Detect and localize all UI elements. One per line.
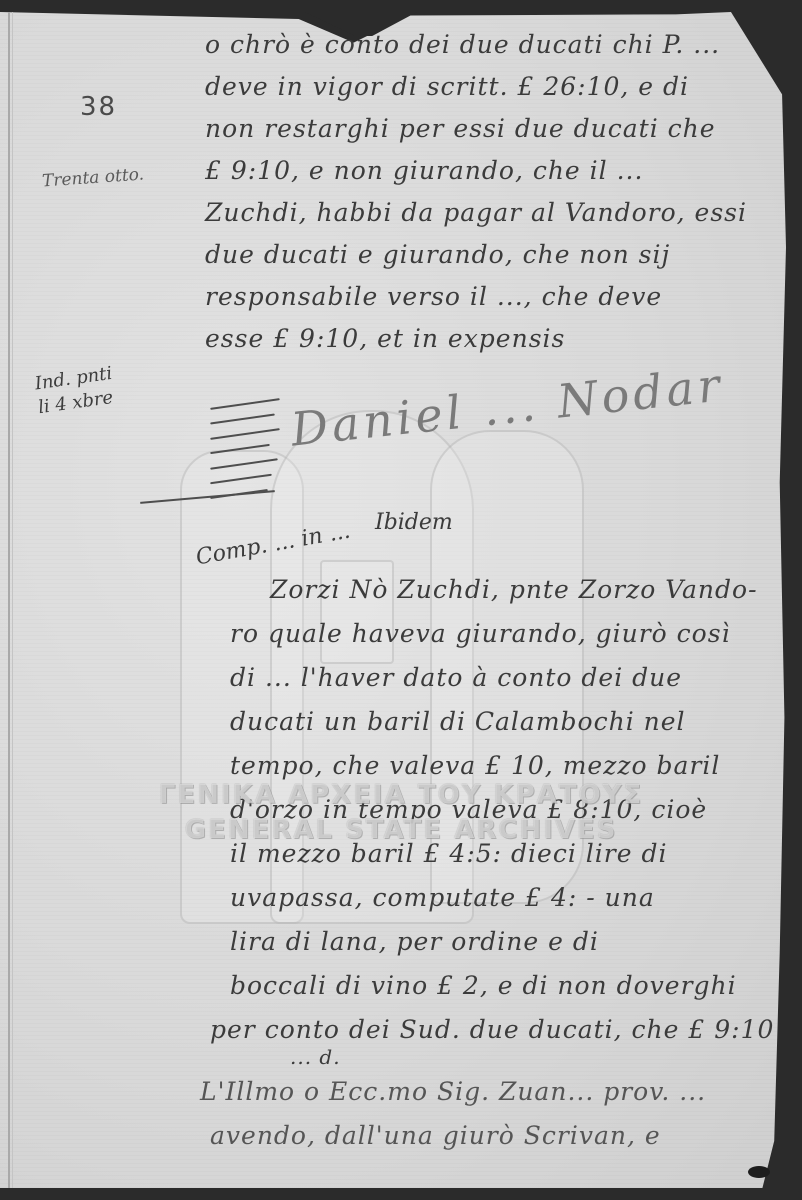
manuscript-line: due ducati e giurando, che non sij [205,240,670,269]
manuscript-line: lira di lana, per ordine e di [230,927,599,956]
manuscript-line: deve in vigor di scritt. £ 26:10, e di [205,72,689,101]
manuscript-line: non restarghi per essi due ducati che [205,114,716,143]
manuscript-line: per conto dei Sud. due ducati, che £ 9:1… [210,1015,774,1044]
manuscript-line: boccali di vino £ 2, e di non doverghi [230,971,737,1000]
manuscript-line: il mezzo baril £ 4:5: dieci lire di [230,839,667,868]
manuscript-line: avendo, dall'una giurò Scrivan, e [210,1121,661,1150]
manuscript-line: ... d. [290,1045,341,1069]
manuscript-line: responsabile verso il ..., che deve [205,282,662,311]
manuscript-line: di ... l'haver dato à conto dei due [230,663,682,692]
notary-flourish [210,390,290,520]
manuscript-line: L'Illmo o Ecc.mo Sig. Zuan... prov. ... [200,1077,706,1106]
page-number: 38 [80,92,117,122]
document-scan: 38 Trenta otto. Ind. pnti li 4 xbre o ch… [0,0,802,1200]
manuscript-line: Zuchdi, habbi da pagar al Vandoro, essi [205,198,747,227]
binding-edge [8,12,10,1188]
manuscript-line: d'orzo in tempo valeva £ 8:10, cioè [230,795,707,824]
manuscript-line: ro quale haveva giurando, giurò così [230,619,731,648]
manuscript-line: ducati un baril di Calambochi nel [230,707,686,736]
section-heading: Ibidem [375,510,453,535]
manuscript-line: tempo, che valeva £ 10, mezzo baril [230,751,720,780]
manuscript-line: £ 9:10, e non giurando, che il ... [205,156,643,185]
manuscript-line: esse £ 9:10, et in expensis [205,324,565,353]
manuscript-line: uvapassa, computate £ 4: - una [230,883,655,912]
binding-edge-inner [12,12,13,1188]
ink-blot [748,1166,770,1178]
manuscript-line: Zorzi Nò Zuchdi, pnte Zorzo Vando- [270,575,758,604]
manuscript-line: o chrò è conto dei due ducati chi P. ... [205,30,720,59]
